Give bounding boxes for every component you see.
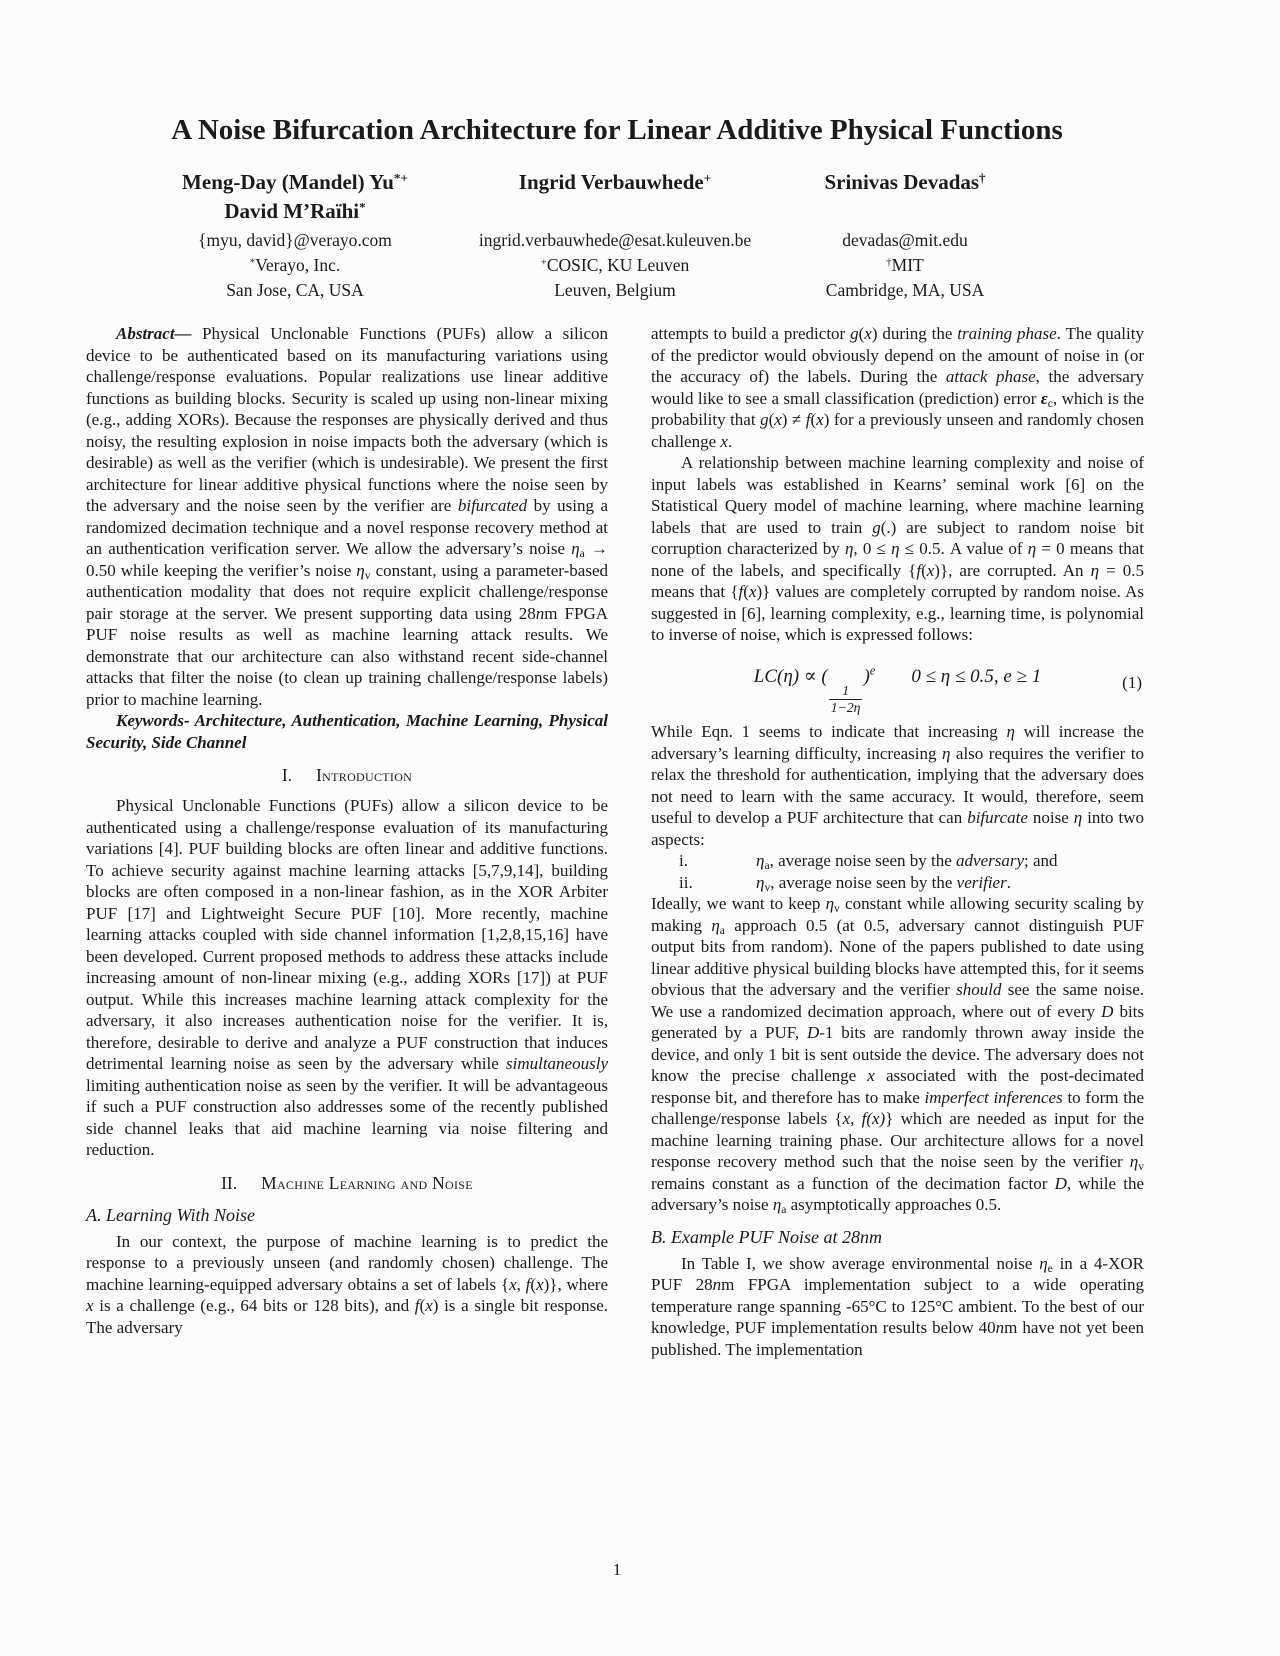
eqn-discussion-paragraph: While Eqn. 1 seems to indicate that incr…	[651, 721, 1144, 850]
author-affiliation: +COSIC, KU Leuven	[450, 253, 780, 278]
author-names: Srinivas Devadas†	[745, 168, 1065, 228]
section-title: Machine Learning and Noise	[261, 1173, 473, 1193]
author-block: Meng-Day (Mandel) Yu*+David M’Raïhi* {my…	[0, 168, 1280, 302]
learning-with-noise-paragraph: In our context, the purpose of machine l…	[86, 1231, 608, 1339]
author-name: Srinivas Devadas†	[745, 168, 1065, 197]
section-number: II.	[221, 1173, 237, 1193]
two-column-body: Abstract— Physical Unclonable Functions …	[0, 323, 1280, 1360]
list-item-text: ηv, average noise seen by the verifier.	[756, 872, 1144, 894]
author-email: {myu, david}@verayo.com	[105, 228, 485, 253]
kearns-paragraph: A relationship between machine learning …	[651, 452, 1144, 646]
fraction: 11−2η	[829, 683, 863, 715]
section-heading: I.Introduction	[86, 765, 608, 786]
author-name: Meng-Day (Mandel) Yu*+	[105, 168, 485, 197]
author-column-2: Ingrid Verbauwhede+ ingrid.verbauwhede@e…	[450, 168, 780, 303]
column-right: attempts to build a predictor g(x) durin…	[651, 323, 1144, 1360]
author-location: Leuven, Belgium	[450, 278, 780, 303]
section-heading: II.Machine Learning and Noise	[86, 1173, 608, 1194]
list-item-label: ii.	[679, 872, 756, 894]
author-name: David M’Raïhi*	[105, 197, 485, 226]
list-item-text: ηa, average noise seen by the adversary;…	[756, 850, 1144, 872]
list-item: ii.ηv, average noise seen by the verifie…	[651, 872, 1144, 894]
subsection-heading: A. Learning With Noise	[86, 1205, 608, 1226]
puf-noise-paragraph: In Table I, we show average environmenta…	[651, 1253, 1144, 1361]
paper-page: A Noise Bifurcation Architecture for Lin…	[0, 112, 1280, 1360]
section-number: I.	[282, 765, 292, 785]
list-item: i.ηa, average noise seen by the adversar…	[651, 850, 1144, 872]
author-names: Ingrid Verbauwhede+	[450, 168, 780, 228]
introduction-paragraph: Physical Unclonable Functions (PUFs) all…	[86, 795, 608, 1161]
author-location: Cambridge, MA, USA	[745, 278, 1065, 303]
author-name: Ingrid Verbauwhede+	[450, 168, 780, 197]
author-affiliation: *Verayo, Inc.	[105, 253, 485, 278]
paper-title: A Noise Bifurcation Architecture for Lin…	[86, 112, 1148, 148]
equation-math: LC(η) ∝ (11−2η)e0 ≤ η ≤ 0.5, e ≥ 1	[754, 666, 1042, 687]
continuation-paragraph: attempts to build a predictor g(x) durin…	[651, 323, 1144, 452]
section-title: Introduction	[316, 765, 412, 785]
enumerated-list: i.ηa, average noise seen by the adversar…	[651, 850, 1144, 893]
author-names: Meng-Day (Mandel) Yu*+David M’Raïhi*	[105, 168, 485, 228]
author-location: San Jose, CA, USA	[105, 278, 485, 303]
equation-number: (1)	[1122, 663, 1142, 703]
author-email: devadas@mit.edu	[745, 228, 1065, 253]
subsection-heading: B. Example PUF Noise at 28nm	[651, 1227, 1144, 1248]
decimation-paragraph: Ideally, we want to keep ηv constant whi…	[651, 893, 1144, 1216]
list-item-label: i.	[679, 850, 756, 872]
column-left: Abstract— Physical Unclonable Functions …	[86, 323, 608, 1360]
author-column-1: Meng-Day (Mandel) Yu*+David M’Raïhi* {my…	[105, 168, 485, 303]
author-column-3: Srinivas Devadas† devadas@mit.edu †MIT C…	[745, 168, 1065, 303]
abstract: Abstract— Physical Unclonable Functions …	[86, 323, 608, 710]
page-number: 1	[86, 1560, 1148, 1580]
author-email: ingrid.verbauwhede@esat.kuleuven.be	[450, 228, 780, 253]
keywords: Keywords- Architecture, Authentication, …	[86, 710, 608, 753]
author-affiliation: †MIT	[745, 253, 1065, 278]
equation-1: LC(η) ∝ (11−2η)e0 ≤ η ≤ 0.5, e ≥ 1(1)	[651, 651, 1144, 716]
